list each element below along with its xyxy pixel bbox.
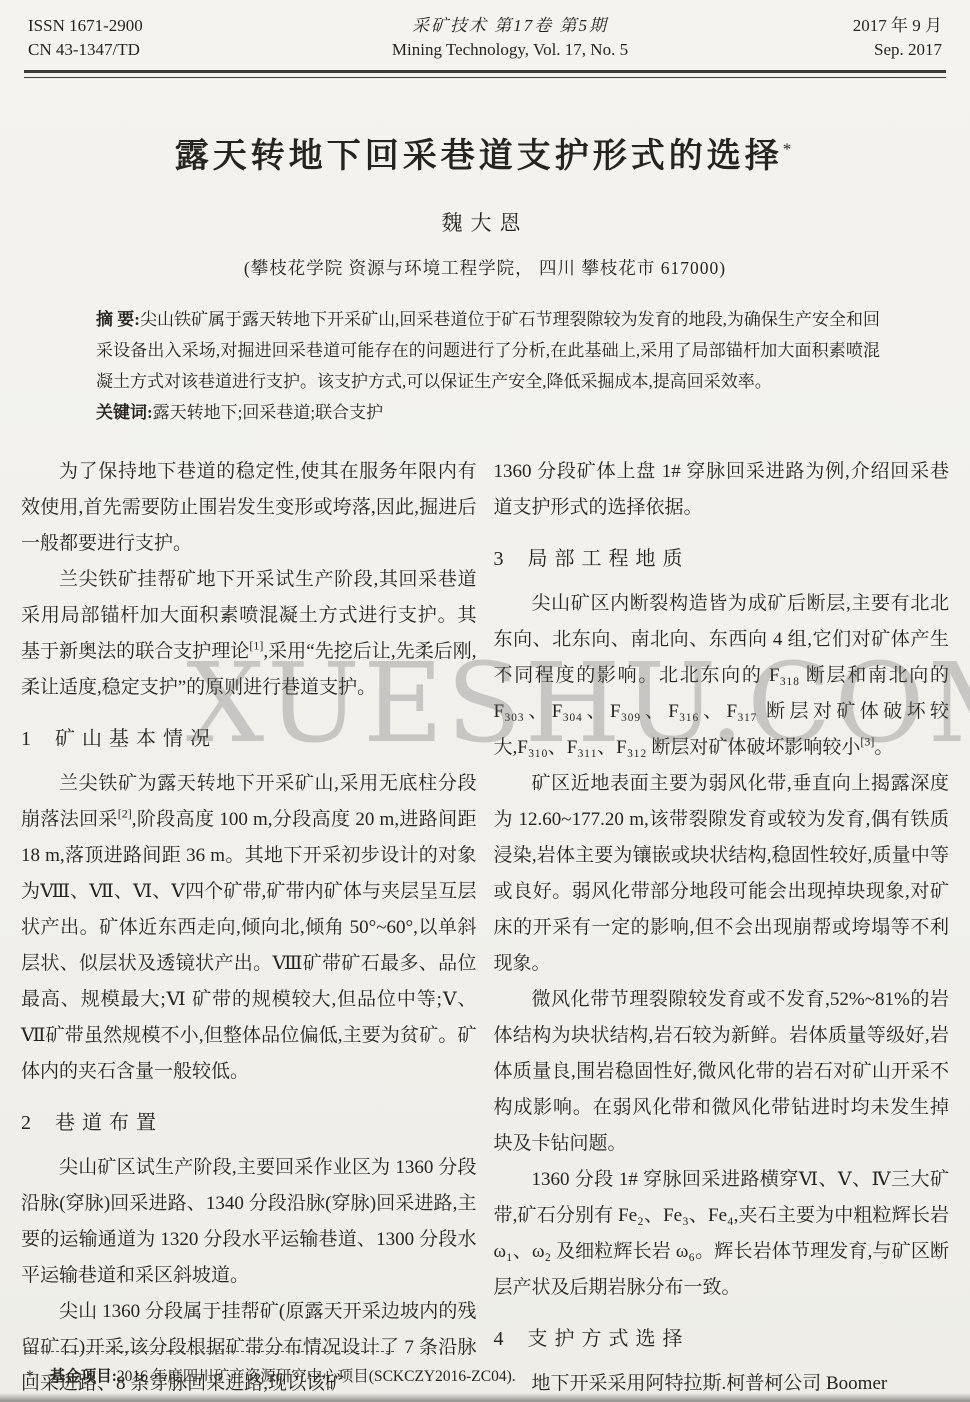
footnote-text: 2016 年度四川矿产资源研究中心项目(SCKCZY2016-ZC04). (117, 1368, 516, 1385)
journal-header: ISSN 1671-2900 CN 43-1347/TD 采矿技术 第17卷 第… (0, 0, 970, 62)
journal-title-block: 采矿技术 第17卷 第5期 Mining Technology, Vol. 17… (228, 14, 792, 62)
abstract-paragraph: 摘 要:尖山铁矿属于露天转地下开采矿山,回采巷道位于矿石节理裂隙较为发育的地段,… (96, 304, 880, 397)
paragraph: 兰尖铁矿挂帮矿地下开采试生产阶段,其回采巷道采用局部锚杆加大面积素喷混凝土方式进… (21, 562, 477, 706)
paragraph-text: 。 (874, 737, 893, 758)
footnote-rule (26, 1351, 394, 1352)
affiliation: (攀枝花学院 资源与环境工程学院， 四川 攀枝花市 617000) (0, 255, 970, 280)
issue-date-block: 2017 年 9 月 Sep. 2017 (792, 14, 942, 62)
cn-number: CN 43-1347/TD (28, 38, 228, 62)
abstract-label: 摘 要: (96, 310, 140, 329)
section-number: 3 (494, 548, 504, 570)
footnote-mark: * (26, 1368, 34, 1385)
issn: ISSN 1671-2900 (28, 14, 228, 38)
article-title-text: 露天转地下回采巷道支护形式的选择 (175, 138, 783, 175)
paragraph: 为了保持地下巷道的稳定性,使其在服务年限内有效使用,首先需要防止围岩发生变形或垮… (21, 454, 477, 562)
paragraph: 兰尖铁矿为露天转地下开采矿山,采用无底柱分段崩落法回采[2],阶段高度 100 … (21, 766, 477, 1090)
paragraph: 微风化带节理裂隙较发育或不发育,52%~81%的岩体结构为块状结构,岩石较为新鲜… (494, 982, 950, 1162)
footnote-line: *基金项目:2016 年度四川矿产资源研究中心项目(SCKCZY2016-ZC0… (26, 1366, 726, 1388)
keywords-text: 露天转地下;回采巷道;联合支护 (153, 403, 383, 422)
journal-title-cn: 采矿技术 第17卷 第5期 (228, 14, 792, 38)
footnote-label: 基金项目: (50, 1368, 117, 1385)
footnote-block: *基金项目:2016 年度四川矿产资源研究中心项目(SCKCZY2016-ZC0… (26, 1351, 726, 1388)
keywords-label: 关键词: (96, 403, 153, 422)
section-heading-3: 3局部工程地质 (494, 541, 950, 577)
left-column: 为了保持地下巷道的稳定性,使其在服务年限内有效使用,首先需要防止围岩发生变形或垮… (21, 454, 477, 1402)
scan-shadow (0, 1393, 970, 1402)
issue-date-cn: 2017 年 9 月 (792, 14, 942, 38)
paragraph: 1360 分段矿体上盘 1# 穿脉回采进路为例,介绍回采巷道支护形式的选择依据。 (494, 454, 950, 526)
section-number: 1 (21, 728, 31, 750)
section-number: 2 (21, 1112, 31, 1134)
paragraph-text: 尖山矿区内断裂构造皆为成矿后断层,主要有北北东向、北东向、南北向、东西向 4 组… (494, 593, 950, 758)
citation-ref-1: [1] (249, 639, 263, 653)
citation-ref-2: [2] (118, 807, 132, 821)
paragraph: 矿区近地表面主要为弱风化带,垂直向上揭露深度为 12.60~177.20 m,该… (494, 766, 950, 982)
journal-ids: ISSN 1671-2900 CN 43-1347/TD (28, 14, 228, 62)
body-columns: 为了保持地下巷道的稳定性,使其在服务年限内有效使用,首先需要防止围岩发生变形或垮… (21, 454, 949, 1402)
keywords-line: 关键词:露天转地下;回采巷道;联合支护 (96, 397, 880, 428)
section-title: 巷道布置 (55, 1112, 163, 1134)
paragraph: 1360 分段 1# 穿脉回采进路横穿Ⅵ、Ⅴ、Ⅳ三大矿带,矿石分别有 Fe₂、F… (494, 1162, 950, 1306)
journal-title-en: Mining Technology, Vol. 17, No. 5 (228, 38, 792, 62)
abstract-block: 摘 要:尖山铁矿属于露天转地下开采矿山,回采巷道位于矿石节理裂隙较为发育的地段,… (96, 304, 880, 428)
article-title: 露天转地下回采巷道支护形式的选择* (0, 128, 970, 177)
header-rule (24, 70, 946, 78)
author-name: 魏大恩 (0, 207, 970, 237)
issue-date-en: Sep. 2017 (792, 38, 942, 62)
section-number: 4 (494, 1328, 504, 1350)
section-heading-2: 2巷道布置 (21, 1105, 477, 1141)
right-column: 1360 分段矿体上盘 1# 穿脉回采进路为例,介绍回采巷道支护形式的选择依据。… (494, 454, 950, 1402)
citation-ref-3: [3] (860, 735, 874, 749)
section-heading-1: 1矿山基本情况 (21, 721, 477, 757)
abstract-text: 尖山铁矿属于露天转地下开采矿山,回采巷道位于矿石节理裂隙较为发育的地段,为确保生… (96, 310, 880, 391)
paragraph: 尖山矿区内断裂构造皆为成矿后断层,主要有北北东向、北东向、南北向、东西向 4 组… (494, 586, 950, 766)
paragraph-text: ,阶段高度 100 m,分段高度 20 m,进路间距 18 m,落顶进路间距 3… (21, 809, 477, 1082)
section-title: 矿山基本情况 (55, 728, 217, 750)
section-title: 支护方式选择 (528, 1328, 690, 1350)
title-footnote-mark: * (783, 140, 796, 159)
section-title: 局部工程地质 (528, 548, 690, 570)
paper-page: XUESHU.COM ISSN 1671-2900 CN 43-1347/TD … (0, 0, 970, 1402)
paragraph: 尖山矿区试生产阶段,主要回采作业区为 1360 分段沿脉(穿脉)回采进路、134… (21, 1150, 477, 1294)
